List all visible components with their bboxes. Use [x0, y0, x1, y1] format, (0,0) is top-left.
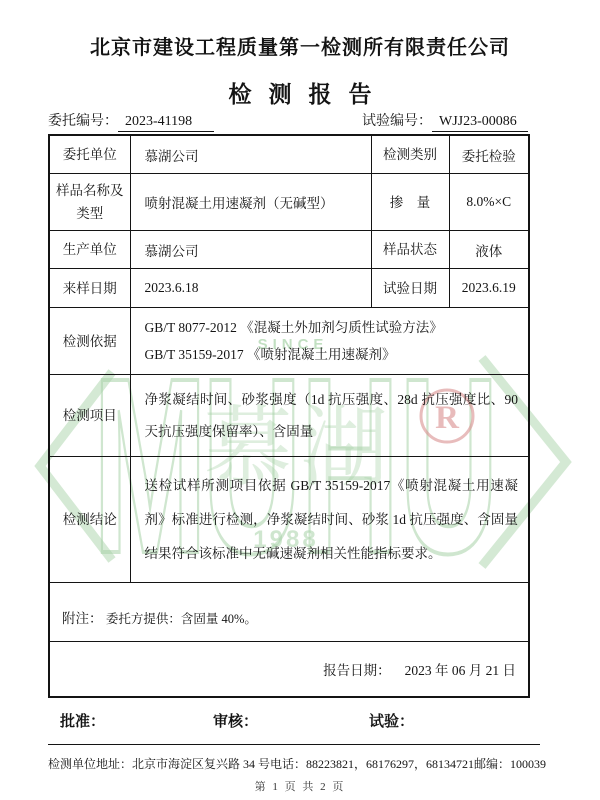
test-basis-line1: GB/T 8077-2012 《混凝土外加剂匀质性试验方法》 [145, 314, 519, 341]
dosage-label: 掺 量 [371, 174, 449, 231]
sampling-date-label: 来样日期 [49, 269, 130, 308]
reference-numbers-row: 委托编号：2023-41198 试验编号：WJJ23-00086 [48, 110, 528, 132]
commission-number-value: 2023-41198 [118, 114, 214, 132]
reviewer-signature-label: 审核： [213, 710, 258, 731]
report-date-label: 报告日期： [323, 663, 391, 678]
test-category-value: 委托检验 [449, 135, 529, 174]
test-basis-value: GB/T 8077-2012 《混凝土外加剂匀质性试验方法》 GB/T 3515… [130, 308, 529, 375]
conclusion-label: 检测结论 [49, 457, 130, 583]
test-basis-label: 检测依据 [49, 308, 130, 375]
note-text: 委托方提供：含固量 40%。 [106, 612, 257, 626]
footer-postcode: 邮编：100039 [474, 755, 546, 772]
note-cell: 附注： 委托方提供：含固量 40%。 [49, 583, 529, 642]
footer-divider [48, 744, 540, 745]
tester-signature-label: 试验： [369, 710, 414, 731]
test-items-value: 净浆凝结时间、砂浆强度（1d 抗压强度、28d 抗压强度比、90 天抗压强度保留… [130, 375, 529, 457]
table-row-sampling-date: 来样日期 2023.6.18 试验日期 2023.6.19 [49, 269, 529, 308]
test-number-value: WJJ23-00086 [432, 114, 528, 132]
report-date-value: 2023 年 06 月 21 日 [405, 663, 516, 678]
test-basis-line2: GB/T 35159-2017 《喷射混凝土用速凝剂》 [145, 341, 519, 368]
sample-name-label: 样品名称及类型 [49, 174, 130, 231]
page-number: 第 1 页 共 2 页 [0, 778, 600, 794]
sample-state-label: 样品状态 [371, 231, 449, 269]
report-date-cell: 报告日期：2023 年 06 月 21 日 [49, 642, 529, 698]
table-row-conclusion: 检测结论 送检试样所测项目依据 GB/T 35159-2017《喷射混凝土用速凝… [49, 457, 529, 583]
conclusion-value: 送检试样所测项目依据 GB/T 35159-2017《喷射混凝土用速凝剂》标准进… [130, 457, 529, 583]
table-row-test-basis: 检测依据 GB/T 8077-2012 《混凝土外加剂匀质性试验方法》 GB/T… [49, 308, 529, 375]
table-row-report-date: 报告日期：2023 年 06 月 21 日 [49, 642, 529, 698]
test-category-label: 检测类别 [371, 135, 449, 174]
report-table: 委托单位 慕湖公司 检测类别 委托检验 样品名称及类型 喷射混凝土用速凝剂（无碱… [48, 134, 530, 698]
test-date-value: 2023.6.19 [449, 269, 529, 308]
approver-signature-label: 批准： [60, 710, 105, 731]
sampling-date-value: 2023.6.18 [130, 269, 371, 308]
dosage-value: 8.0%×C [449, 174, 529, 231]
note-label: 附注： [62, 611, 103, 626]
footer-phone: 电话：88223821，68176297，68134721 [270, 755, 474, 772]
footer-address: 检测单位地址：北京市海淀区复兴路 34 号 [48, 755, 270, 772]
table-row-manufacturer: 生产单位 慕湖公司 样品状态 液体 [49, 231, 529, 269]
test-number: 试验编号：WJJ23-00086 [362, 110, 528, 132]
client-label: 委托单位 [49, 135, 130, 174]
sample-state-value: 液体 [449, 231, 529, 269]
table-row-test-items: 检测项目 净浆凝结时间、砂浆强度（1d 抗压强度、28d 抗压强度比、90 天抗… [49, 375, 529, 457]
table-row-sample-name: 样品名称及类型 喷射混凝土用速凝剂（无碱型） 掺 量 8.0%×C [49, 174, 529, 231]
manufacturer-value: 慕湖公司 [130, 231, 371, 269]
test-date-label: 试验日期 [371, 269, 449, 308]
table-row-client: 委托单位 慕湖公司 检测类别 委托检验 [49, 135, 529, 174]
commission-number: 委托编号：2023-41198 [48, 110, 214, 132]
table-row-note: 附注： 委托方提供：含固量 40%。 [49, 583, 529, 642]
test-items-label: 检测项目 [49, 375, 130, 457]
client-value: 慕湖公司 [130, 135, 371, 174]
test-report-page: M U H U 慕湖 SINCE 1988 R 北京市建设工程质量第一检测所有限… [0, 0, 600, 800]
commission-number-label: 委托编号： [48, 114, 118, 129]
manufacturer-label: 生产单位 [49, 231, 130, 269]
sample-name-value: 喷射混凝土用速凝剂（无碱型） [130, 174, 371, 231]
footer-contact-row: 检测单位地址：北京市海淀区复兴路 34 号 电话：88223821，681762… [48, 755, 540, 772]
company-name: 北京市建设工程质量第一检测所有限责任公司 [0, 31, 600, 60]
test-number-label: 试验编号： [362, 114, 432, 129]
report-title: 检测报告 [0, 76, 600, 109]
